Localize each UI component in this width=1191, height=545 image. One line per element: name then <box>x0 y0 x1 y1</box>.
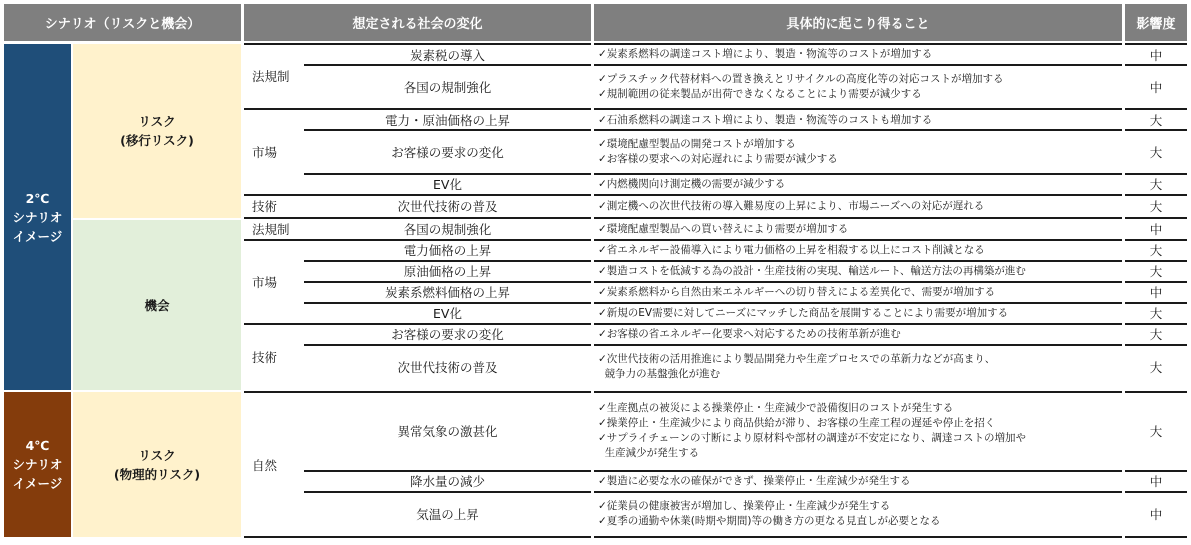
group-market-opp: 市場 <box>244 240 304 323</box>
row-divider <box>594 536 1122 538</box>
detail-cell: ✓お客様の省エネルギー化要求へ対応するための技術革新が進む <box>594 324 1122 344</box>
change-cell: 各国の規制強化 <box>304 66 591 108</box>
row-divider <box>1125 536 1187 538</box>
detail-cell: ✓炭素系燃料から自然由来エネルギーへの切り替えによる差異化で、需要が増加する <box>594 282 1122 302</box>
detail-cell: ✓生産拠点の被災による操業停止・生産減少で設備復旧のコストが発生する✓操業停止・… <box>594 392 1122 470</box>
detail-line: ✓お客様の省エネルギー化要求へ対応するための技術革新が進む <box>598 327 1122 342</box>
detail-cell: ✓環境配慮型製品の開発コストが増加する✓お客様の要求への対応遅れにより需要が減少… <box>594 131 1122 173</box>
category-transition-risk: リスク (移行リスク) <box>73 44 241 218</box>
row-divider <box>244 536 591 538</box>
impact-cell: 大 <box>1125 174 1187 194</box>
row-divider <box>1125 43 1187 45</box>
row-divider <box>594 194 1122 196</box>
group-nature: 自然 <box>244 392 304 537</box>
detail-cell: ✓環境配慮型製品への買い替えにより需要が増加する <box>594 219 1122 239</box>
change-cell: 次世代技術の普及 <box>304 345 591 389</box>
change-cell: EV化 <box>304 174 591 194</box>
row-divider <box>594 281 1122 283</box>
row-divider <box>244 108 591 110</box>
detail-line: ✓生産拠点の被災による操業停止・生産減少で設備復旧のコストが発生する <box>598 401 1122 416</box>
row-divider <box>1125 239 1187 241</box>
change-cell: EV化 <box>304 303 591 323</box>
row-divider <box>594 260 1122 262</box>
detail-cell: ✓内燃機関向け測定機の需要が減少する <box>594 174 1122 194</box>
row-divider <box>1125 173 1187 175</box>
header-scenario: シナリオ（リスクと機会） <box>4 4 241 41</box>
row-divider <box>1125 491 1187 493</box>
impact-cell: 中 <box>1125 219 1187 239</box>
change-cell: 電力価格の上昇 <box>304 240 591 260</box>
row-divider <box>304 491 591 493</box>
detail-cell: ✓プラスチック代替材料への置き換えとリサイクルの高度化等の対応コストが増加する✓… <box>594 66 1122 108</box>
change-cell: 降水量の減少 <box>304 471 591 491</box>
row-divider <box>594 108 1122 110</box>
row-divider <box>1125 129 1187 131</box>
impact-cell: 大 <box>1125 392 1187 470</box>
row-divider <box>304 173 591 175</box>
category-opportunity: 機会 <box>73 220 241 390</box>
row-divider <box>594 64 1122 66</box>
row-divider <box>244 194 591 196</box>
detail-line: ✓お客様の要求への対応遅れにより需要が減少する <box>598 152 1122 167</box>
row-divider <box>304 129 591 131</box>
detail-line: ✓夏季の通勤や休業(時期や期間)等の働き方の更なる見直しが必要となる <box>598 514 1122 529</box>
row-divider <box>594 323 1122 325</box>
row-divider <box>1125 344 1187 346</box>
row-divider <box>304 302 591 304</box>
detail-line: ✓プラスチック代替材料への置き換えとリサイクルの高度化等の対応コストが増加する <box>598 72 1122 87</box>
detail-cell: ✓製造に必要な水の確保ができず、操業停止・生産減少が発生する <box>594 471 1122 491</box>
row-divider <box>594 302 1122 304</box>
row-divider <box>244 217 591 219</box>
change-cell: お客様の要求の変化 <box>304 131 591 173</box>
impact-cell: 大 <box>1125 110 1187 130</box>
row-divider <box>244 391 591 393</box>
row-divider <box>1125 194 1187 196</box>
row-divider <box>304 344 591 346</box>
detail-line: ✓次世代技術の活用推進により製品開発力や生産プロセスでの革新力などが高まり、 <box>598 352 1122 367</box>
change-cell: 電力・原油価格の上昇 <box>304 110 591 130</box>
row-divider <box>1125 108 1187 110</box>
header-detail: 具体的に起こり得ること <box>594 4 1122 41</box>
detail-cell: ✓測定機への次世代技術の導入難易度の上昇により、市場ニーズへの対応が遅れる <box>594 195 1122 217</box>
impact-cell: 大 <box>1125 303 1187 323</box>
change-cell: 異常気象の激甚化 <box>304 392 591 470</box>
group-regulation: 法規制 <box>244 44 304 108</box>
detail-line: ✓製造コストを低減する為の設計・生産技術の実現、輸送ルート、輸送方法の再構築が進… <box>598 264 1122 279</box>
impact-cell: 中 <box>1125 66 1187 108</box>
header-impact: 影響度 <box>1125 4 1187 41</box>
impact-cell: 大 <box>1125 195 1187 217</box>
detail-line: ✓サプライチェーンの寸断により原材料や部材の調達が不安定になり、調達コストの増加… <box>598 431 1122 446</box>
row-divider <box>1125 391 1187 393</box>
detail-line: ✓製造に必要な水の確保ができず、操業停止・生産減少が発生する <box>598 474 1122 489</box>
detail-line: ✓操業停止・生産減少により商品供給が滞り、お客様の生産工程の遅延や停止を招く <box>598 416 1122 431</box>
scenario-4c: 4℃ シナリオ イメージ <box>4 392 71 537</box>
row-divider <box>594 173 1122 175</box>
detail-line: ✓環境配慮型製品への買い替えにより需要が増加する <box>598 222 1122 237</box>
row-divider <box>594 391 1122 393</box>
detail-line: ✓炭素系燃料から自然由来エネルギーへの切り替えによる差異化で、需要が増加する <box>598 285 1122 300</box>
row-divider <box>594 43 1122 45</box>
detail-line: ✓規制範囲の従来製品が出荷できなくなることにより需要が減少する <box>598 87 1122 102</box>
row-divider <box>304 260 591 262</box>
change-cell: 炭素系燃料価格の上昇 <box>304 282 591 302</box>
detail-cell: ✓従業員の健康被害が増加し、操業停止・生産減少が発生する✓夏季の通勤や休業(時期… <box>594 492 1122 536</box>
row-divider <box>1125 281 1187 283</box>
row-divider <box>304 470 591 472</box>
detail-line: ✓省エネルギー設備導入により電力価格の上昇を相殺する以上にコスト削減となる <box>598 243 1122 258</box>
detail-cell: ✓製造コストを低減する為の設計・生産技術の実現、輸送ルート、輸送方法の再構築が進… <box>594 261 1122 281</box>
impact-cell: 大 <box>1125 261 1187 281</box>
row-divider <box>1125 470 1187 472</box>
detail-line: ✓炭素系燃料の調達コスト増により、製造・物流等のコストが増加する <box>598 47 1122 62</box>
row-divider <box>304 281 591 283</box>
detail-line: ✓測定機への次世代技術の導入難易度の上昇により、市場ニーズへの対応が遅れる <box>598 199 1122 214</box>
row-divider <box>244 323 591 325</box>
row-divider <box>304 64 591 66</box>
change-cell: 次世代技術の普及 <box>304 195 591 217</box>
group-technology: 技術 <box>244 195 304 217</box>
change-cell: 各国の規制強化 <box>304 219 591 239</box>
row-divider <box>1125 302 1187 304</box>
category-physical-risk: リスク (物理的リスク) <box>73 392 241 537</box>
header-change: 想定される社会の変化 <box>244 4 591 41</box>
change-cell: 原油価格の上昇 <box>304 261 591 281</box>
detail-line: ✓環境配慮型製品の開発コストが増加する <box>598 137 1122 152</box>
row-divider <box>244 43 591 45</box>
row-divider <box>594 344 1122 346</box>
row-divider <box>1125 64 1187 66</box>
detail-cell: ✓石油系燃料の調達コスト増により、製造・物流等のコストも増加する <box>594 110 1122 130</box>
detail-cell: ✓省エネルギー設備導入により電力価格の上昇を相殺する以上にコスト削減となる <box>594 240 1122 260</box>
change-cell: 炭素税の導入 <box>304 44 591 65</box>
impact-cell: 大 <box>1125 240 1187 260</box>
impact-cell: 大 <box>1125 324 1187 344</box>
detail-line: ✓新規のEV需要に対してニーズにマッチした商品を展開することにより需要が増加する <box>598 306 1122 321</box>
row-divider <box>244 239 591 241</box>
detail-cell: ✓次世代技術の活用推進により製品開発力や生産プロセスでの革新力などが高まり、 競… <box>594 345 1122 389</box>
group-market: 市場 <box>244 110 304 194</box>
detail-cell: ✓炭素系燃料の調達コスト増により、製造・物流等のコストが増加する <box>594 44 1122 65</box>
change-cell: お客様の要求の変化 <box>304 324 591 344</box>
detail-line: 競争力の基盤強化が進む <box>598 367 1122 382</box>
group-technology-opp: 技術 <box>244 324 304 390</box>
impact-cell: 大 <box>1125 345 1187 389</box>
row-divider <box>594 129 1122 131</box>
detail-line: ✓内燃機関向け測定機の需要が減少する <box>598 177 1122 192</box>
impact-cell: 中 <box>1125 471 1187 491</box>
row-divider <box>594 217 1122 219</box>
impact-cell: 中 <box>1125 492 1187 536</box>
impact-cell: 中 <box>1125 282 1187 302</box>
detail-line: ✓石油系燃料の調達コスト増により、製造・物流等のコストも増加する <box>598 113 1122 128</box>
detail-line: 生産減少が発生する <box>598 446 1122 461</box>
change-cell: 気温の上昇 <box>304 492 591 536</box>
row-divider <box>1125 323 1187 325</box>
detail-line: ✓従業員の健康被害が増加し、操業停止・生産減少が発生する <box>598 499 1122 514</box>
impact-cell: 大 <box>1125 131 1187 173</box>
group-regulation-opp: 法規制 <box>244 219 304 239</box>
impact-cell: 中 <box>1125 44 1187 65</box>
row-divider <box>594 491 1122 493</box>
row-divider <box>1125 217 1187 219</box>
detail-cell: ✓新規のEV需要に対してニーズにマッチした商品を展開することにより需要が増加する <box>594 303 1122 323</box>
scenario-2c: 2℃ シナリオ イメージ <box>4 44 71 390</box>
row-divider <box>594 470 1122 472</box>
row-divider <box>594 239 1122 241</box>
row-divider <box>1125 260 1187 262</box>
